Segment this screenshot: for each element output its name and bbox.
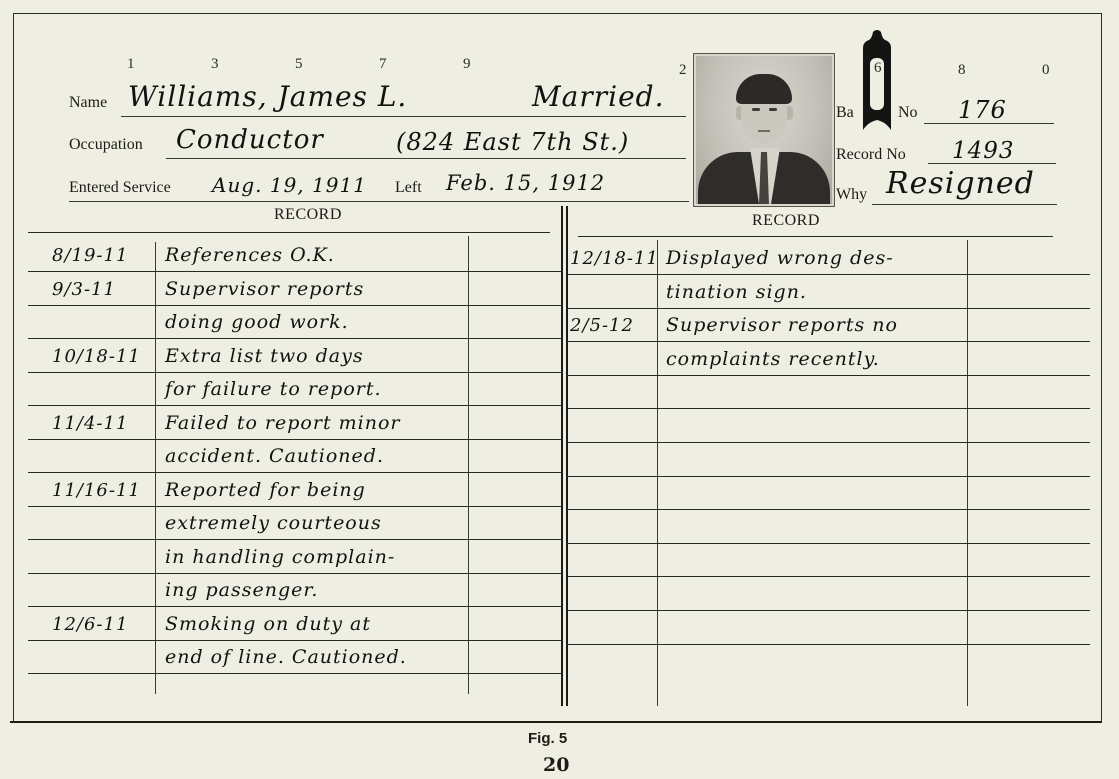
name-label: Name	[69, 94, 107, 112]
entered-service-underline	[69, 201, 689, 202]
occupation-value: Conductor	[176, 125, 324, 155]
table-row-rule	[28, 539, 561, 540]
left-value: Feb. 15, 1912	[446, 171, 605, 195]
center-divider	[561, 206, 563, 706]
column-marker: 6	[874, 60, 882, 77]
table-row-rule	[567, 509, 1090, 510]
record-entry: Reported for being	[165, 479, 366, 501]
right-notes-column-divider	[967, 240, 968, 706]
record-entry: ing passenger.	[165, 579, 318, 601]
left-record-heading: RECORD	[274, 206, 342, 224]
record-date: 10/18-11	[52, 346, 141, 367]
record-date: 8/19-11	[52, 245, 128, 266]
record-entry: complaints recently.	[666, 348, 880, 370]
table-row-rule	[567, 576, 1090, 577]
table-row-rule	[567, 442, 1090, 443]
column-marker: 0	[1042, 62, 1050, 79]
record-entry: Smoking on duty at	[165, 613, 371, 635]
card-bottom-rule	[10, 721, 1102, 723]
table-row-rule	[567, 274, 1090, 275]
badge-value: 176	[958, 96, 1007, 124]
left-date-column-divider	[155, 242, 156, 694]
why-underline	[872, 204, 1057, 205]
entered-service-label: Entered Service	[69, 179, 171, 197]
badge-no-label: No	[898, 104, 918, 122]
record-entry: in handling complain-	[165, 546, 395, 568]
table-row-rule	[567, 408, 1090, 409]
table-row-rule	[567, 644, 1090, 645]
why-value: Resigned	[886, 166, 1035, 201]
record-entry: end of line. Cautioned.	[165, 646, 407, 668]
occupation-underline	[166, 158, 686, 159]
record-entry: Displayed wrong des-	[666, 247, 894, 269]
table-row-rule	[28, 472, 561, 473]
right-record-heading: RECORD	[752, 212, 820, 230]
column-marker: 7	[379, 56, 387, 73]
record-entry: extremely courteous	[165, 512, 382, 534]
record-date: 11/16-11	[52, 480, 141, 501]
table-row-rule	[28, 338, 561, 339]
portrait-photo	[694, 54, 834, 206]
record-date: 12/18-11	[570, 248, 659, 269]
address-value: (824 East 7th St.)	[396, 128, 629, 156]
table-row-rule	[28, 640, 561, 641]
right-record-header-rule	[578, 236, 1053, 237]
record-entry: doing good work.	[165, 311, 349, 333]
record-entry: Extra list two days	[165, 345, 364, 367]
record-no-label: Record No	[836, 146, 906, 164]
table-row-rule	[567, 610, 1090, 611]
table-row-rule	[28, 606, 561, 607]
right-date-column-divider	[657, 240, 658, 706]
column-marker: 3	[211, 56, 219, 73]
table-row-rule	[28, 305, 561, 306]
table-row-rule	[28, 439, 561, 440]
left-label: Left	[395, 179, 422, 197]
record-entry: Supervisor reports no	[666, 314, 898, 336]
column-marker: 9	[463, 56, 471, 73]
table-row-rule	[28, 271, 561, 272]
table-row-rule	[28, 673, 561, 674]
record-no-value: 1493	[952, 138, 1015, 164]
figure-caption: Fig. 5	[528, 730, 567, 747]
record-entry: for failure to report.	[165, 378, 382, 400]
marital-status-value: Married.	[532, 80, 664, 113]
record-entry: Failed to report minor	[165, 412, 400, 434]
record-entry: Supervisor reports	[165, 278, 364, 300]
entered-service-value: Aug. 19, 1911	[212, 173, 367, 197]
record-date: 9/3-11	[52, 279, 116, 300]
column-marker: 1	[127, 56, 135, 73]
table-row-rule	[28, 405, 561, 406]
table-row-rule	[28, 372, 561, 373]
record-entry: accident. Cautioned.	[165, 445, 384, 467]
table-row-rule	[28, 506, 561, 507]
column-marker: 5	[295, 56, 303, 73]
table-row-rule	[567, 341, 1090, 342]
record-date: 2/5-12	[570, 315, 634, 336]
why-label: Why	[836, 186, 867, 204]
page-number: 20	[543, 754, 569, 776]
table-row-rule	[567, 375, 1090, 376]
table-row-rule	[28, 573, 561, 574]
table-row-rule	[567, 308, 1090, 309]
record-date: 12/6-11	[52, 614, 128, 635]
table-row-rule	[567, 476, 1090, 477]
name-value: Williams, James L.	[128, 80, 407, 113]
record-entry: References O.K.	[165, 244, 335, 266]
record-entry: tination sign.	[666, 281, 807, 303]
record-date: 11/4-11	[52, 413, 128, 434]
column-marker: 2	[679, 62, 687, 79]
table-row-rule	[567, 543, 1090, 544]
badge-label: Ba	[836, 104, 854, 122]
column-marker: 8	[958, 62, 966, 79]
center-divider	[566, 206, 568, 706]
occupation-label: Occupation	[69, 136, 143, 154]
filing-tab-clip-icon	[860, 28, 894, 130]
left-record-header-rule	[28, 232, 550, 233]
name-underline	[121, 116, 686, 117]
